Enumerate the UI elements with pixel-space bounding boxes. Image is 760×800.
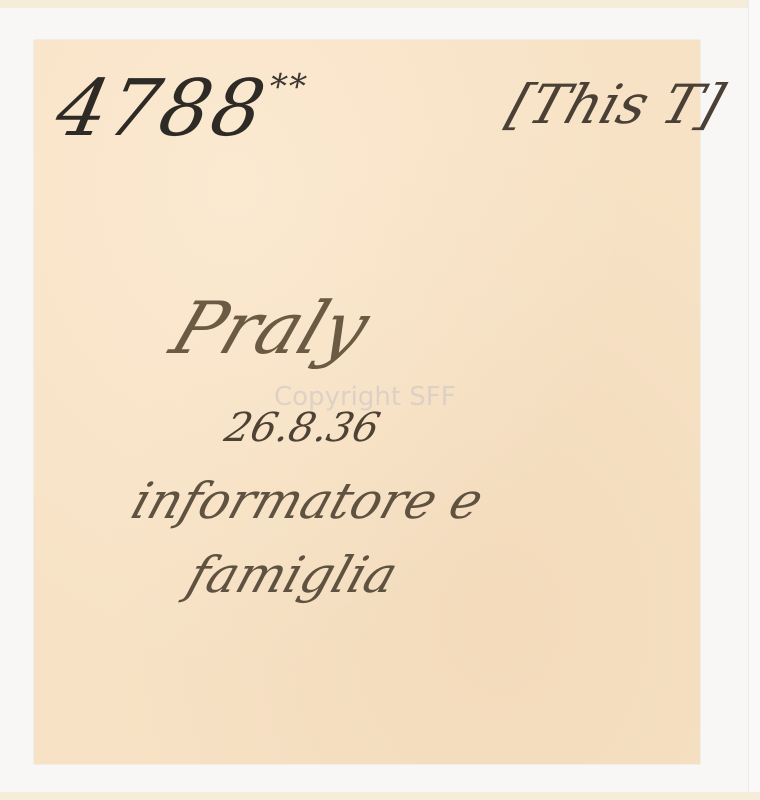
place-name: Praly	[163, 292, 379, 364]
note-line-1: informatore e	[126, 476, 489, 526]
top-edge-strip	[0, 0, 760, 8]
note-line-2: famiglia	[182, 550, 404, 600]
recording-date: 26.8.36	[221, 408, 384, 448]
right-edge-strip	[748, 0, 760, 800]
catalog-number: 4788**	[50, 70, 311, 148]
catalog-number-value: 4788	[48, 64, 274, 154]
bottom-edge-strip	[0, 792, 760, 800]
tag-mark: [This T]	[501, 78, 730, 132]
